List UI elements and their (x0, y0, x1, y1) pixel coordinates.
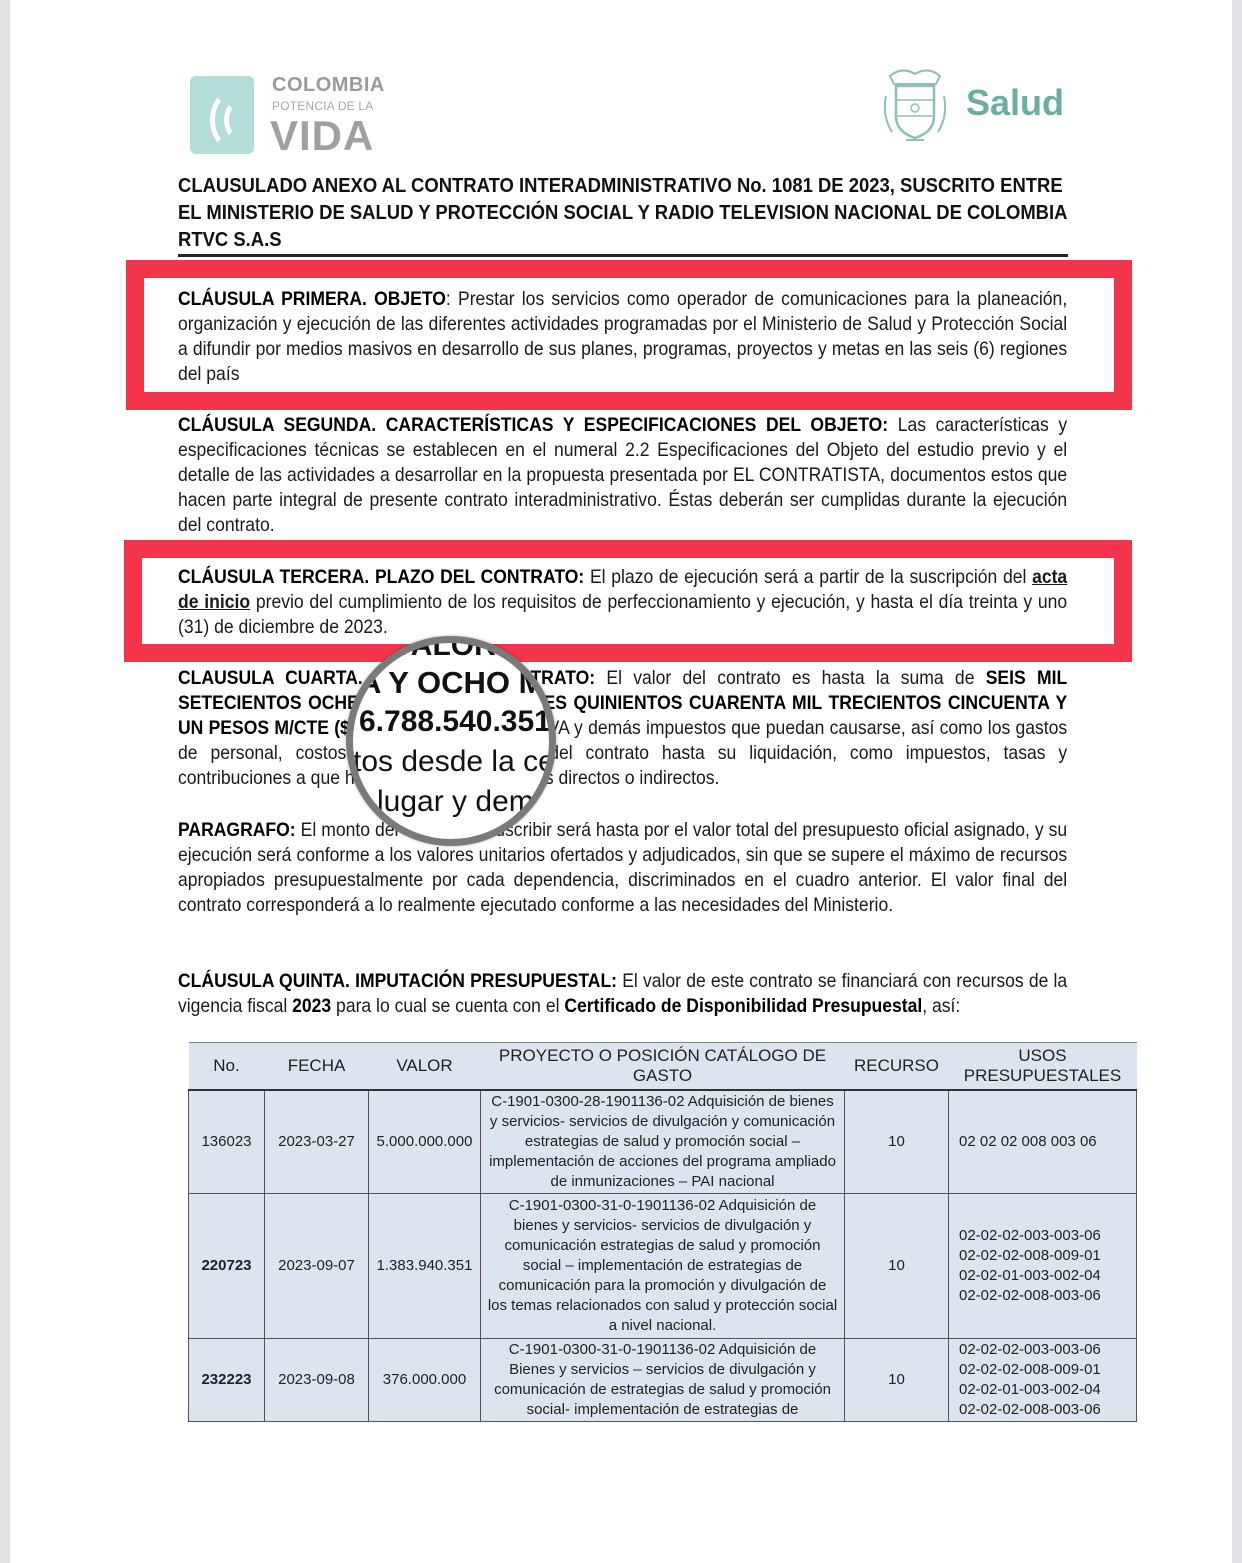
uso-code: 02-02-02-008-003-06 (959, 1400, 1130, 1420)
col-proyecto: PROYECTO O POSICIÓN CATÁLOGO DE GASTO (481, 1043, 845, 1091)
magnifier-line-4: lugar y demás (377, 785, 556, 819)
document-page: COLOMBIA POTENCIA DE LA VIDA Salud CLAUS… (10, 0, 1232, 1563)
clause-cuarta: CLAUSULA CUARTA. VALOR DEL CONTRATO: El … (178, 666, 1067, 791)
uso-code: 02 02 02 008 003 06 (959, 1132, 1130, 1152)
highlight-box-clause-primera (126, 260, 1132, 410)
cell-fecha: 2023-09-08 (265, 1339, 369, 1422)
cell-no: 136023 (189, 1090, 265, 1194)
table-row: 232223 2023-09-08 376.000.000 C-1901-030… (189, 1339, 1137, 1422)
uso-code: 02-02-02-003-003-06 (959, 1340, 1130, 1360)
paragrafo-text: El monto del contrato a suscribir será h… (178, 819, 1067, 916)
clause-quinta: CLÁUSULA QUINTA. IMPUTACIÓN PRESUPUESTAL… (178, 969, 1067, 1019)
uso-code: 02-02-02-008-009-01 (959, 1360, 1130, 1380)
cell-valor: 376.000.000 (369, 1339, 481, 1422)
col-usos: USOS PRESUPUESTALES (949, 1043, 1137, 1091)
clause-quinta-text-b: para lo cual se cuenta con el (331, 995, 564, 1017)
table-row: 136023 2023-03-27 5.000.000.000 C-1901-0… (189, 1090, 1137, 1194)
salud-wordmark: Salud (966, 82, 1064, 124)
document-title: CLAUSULADO ANEXO AL CONTRATO INTERADMINI… (178, 172, 1067, 253)
cell-valor: 5.000.000.000 (369, 1090, 481, 1194)
budget-table: No. FECHA VALOR PROYECTO O POSICIÓN CATÁ… (188, 1042, 1137, 1422)
cell-proyecto: C-1901-0300-31-0-1901136-02 Adquisición … (481, 1339, 845, 1422)
cell-proyecto: C-1901-0300-31-0-1901136-02 Adquisición … (481, 1194, 845, 1339)
logo-line-3: VIDA (270, 112, 374, 160)
uso-code: 02-02-02-003-003-06 (959, 1226, 1130, 1246)
paragrafo-heading: PARAGRAFO: (178, 819, 296, 841)
cell-no: 220723 (189, 1194, 265, 1339)
cell-usos: 02-02-02-003-003-06 02-02-02-008-009-01 … (949, 1194, 1137, 1339)
clause-quinta-heading: CLÁUSULA QUINTA. IMPUTACIÓN PRESUPUESTAL… (178, 970, 617, 992)
title-divider (178, 254, 1068, 257)
uso-code: 02-02-02-008-009-01 (959, 1246, 1130, 1266)
cell-fecha: 2023-09-07 (265, 1194, 369, 1339)
table-row: 220723 2023-09-07 1.383.940.351 C-1901-0… (189, 1194, 1137, 1339)
logo-dot (244, 108, 254, 118)
cell-recurso: 10 (845, 1339, 949, 1422)
fiscal-year: 2023 (292, 995, 331, 1017)
magnifier-line-1: A Y OCHO MI (359, 665, 556, 701)
table-header-row: No. FECHA VALOR PROYECTO O POSICIÓN CATÁ… (189, 1043, 1137, 1091)
paragrafo: PARAGRAFO: El monto del contrato a suscr… (178, 818, 1067, 918)
magnifier-line-2: 6.788.540.351), (359, 705, 556, 739)
col-valor: VALOR (369, 1043, 481, 1091)
cell-usos: 02-02-02-003-003-06 02-02-02-008-009-01 … (949, 1339, 1137, 1422)
cell-recurso: 10 (845, 1194, 949, 1339)
magnifier-lens: VALOR DEL A Y OCHO MI 6.788.540.351), to… (346, 636, 556, 846)
magnifier-line-3: tos desde la cele (353, 745, 556, 779)
cell-usos: 02 02 02 008 003 06 (949, 1090, 1137, 1194)
clause-cuarta-text-a: El valor del contrato es hasta la suma d… (595, 667, 986, 689)
ministerio-salud-logo: Salud (882, 66, 1082, 146)
cell-fecha: 2023-03-27 (265, 1090, 369, 1194)
clause-segunda-heading: CLÁUSULA SEGUNDA. CARACTERÍSTICAS Y ESPE… (178, 414, 888, 436)
col-fecha: FECHA (265, 1043, 369, 1091)
uso-code: 02-02-01-003-002-04 (959, 1266, 1130, 1286)
cdp-label: Certificado de Disponibilidad Presupuest… (564, 995, 922, 1017)
viewer-edge (1232, 0, 1242, 1563)
col-recurso: RECURSO (845, 1043, 949, 1091)
cell-no: 232223 (189, 1339, 265, 1422)
uso-code: 02-02-01-003-002-04 (959, 1380, 1130, 1400)
logo-line-2: POTENCIA DE LA (272, 99, 374, 113)
logo-line-1: COLOMBIA (272, 74, 385, 97)
col-no: No. (189, 1043, 265, 1091)
coat-of-arms-icon (882, 66, 948, 144)
clause-quinta-text-c: , así: (922, 995, 960, 1017)
uso-code: 02-02-02-008-003-06 (959, 1286, 1130, 1306)
clause-segunda: CLÁUSULA SEGUNDA. CARACTERÍSTICAS Y ESPE… (178, 413, 1067, 538)
cell-valor: 1.383.940.351 (369, 1194, 481, 1339)
cell-recurso: 10 (845, 1090, 949, 1194)
cell-proyecto: C-1901-0300-28-1901136-02 Adquisición de… (481, 1090, 845, 1194)
highlight-box-clause-tercera (124, 540, 1132, 662)
colombia-potencia-de-la-vida-logo: COLOMBIA POTENCIA DE LA VIDA (190, 74, 380, 156)
